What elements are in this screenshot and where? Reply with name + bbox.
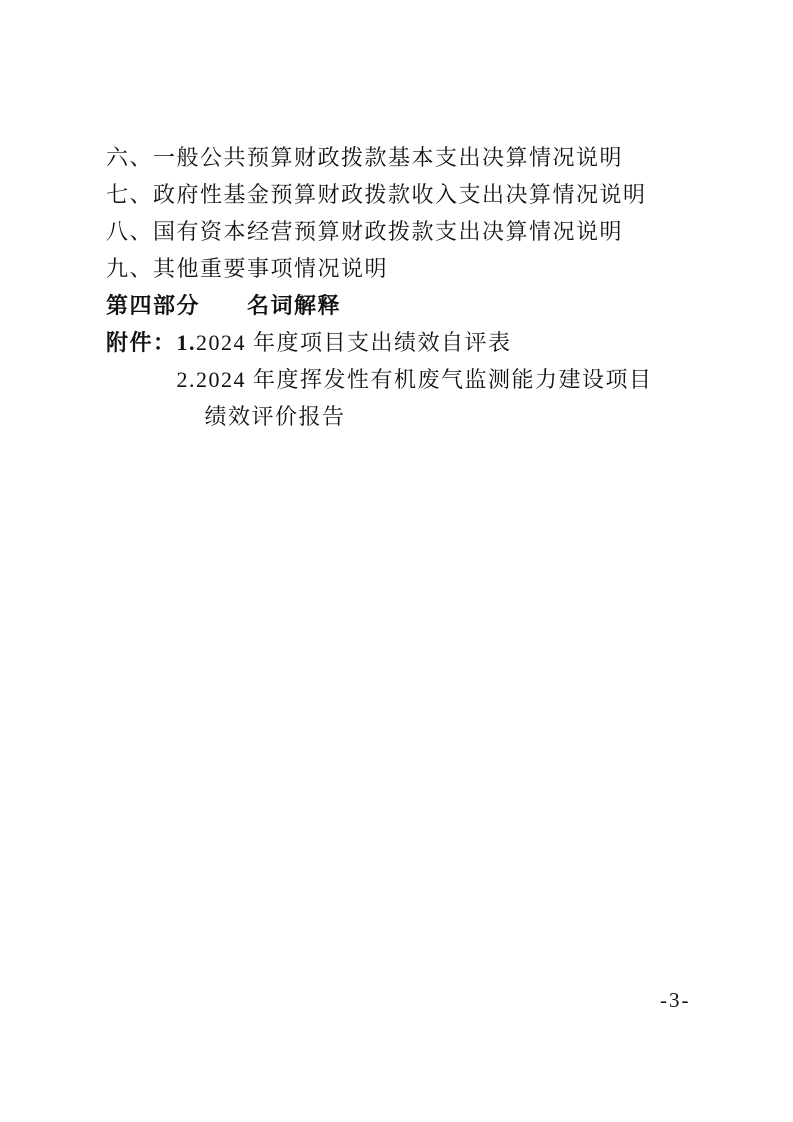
page-number: -3- xyxy=(660,988,691,1013)
attachment-item-1: 1.2024 年度项目支出绩效自评表 xyxy=(177,324,667,361)
attachment-item-2-number: 2. xyxy=(177,367,197,392)
toc-list: 六、一般公共预算财政拨款基本支出决算情况说明 七、政府性基金预算财政拨款收入支出… xyxy=(106,139,711,287)
attachments-block: 附件： 1.2024 年度项目支出绩效自评表 2.2024 年度挥发性有机废气监… xyxy=(106,324,711,435)
attachment-item-2-title: 2024 年度挥发性有机废气监测能力建设项目绩效评价报告 xyxy=(196,367,653,429)
attachment-item-2: 2.2024 年度挥发性有机废气监测能力建设项目绩效评价报告 xyxy=(177,361,667,435)
attachments-list: 1.2024 年度项目支出绩效自评表 2.2024 年度挥发性有机废气监测能力建… xyxy=(177,324,667,435)
toc-entry-8: 八、国有资本经营预算财政拨款支出决算情况说明 xyxy=(106,213,711,250)
toc-entry-6: 六、一般公共预算财政拨款基本支出决算情况说明 xyxy=(106,139,711,176)
attachments-label: 附件： xyxy=(106,324,177,361)
attachment-item-1-number: 1. xyxy=(177,330,197,355)
document-body: 六、一般公共预算财政拨款基本支出决算情况说明 七、政府性基金预算财政拨款收入支出… xyxy=(106,139,711,435)
document-page: 六、一般公共预算财政拨款基本支出决算情况说明 七、政府性基金预算财政拨款收入支出… xyxy=(0,0,793,1122)
toc-entry-9: 九、其他重要事项情况说明 xyxy=(106,250,711,287)
toc-entry-7: 七、政府性基金预算财政拨款收入支出决算情况说明 xyxy=(106,176,711,213)
part-four-heading: 第四部分 名词解释 xyxy=(106,287,711,324)
attachment-item-1-title: 2024 年度项目支出绩效自评表 xyxy=(196,330,512,355)
